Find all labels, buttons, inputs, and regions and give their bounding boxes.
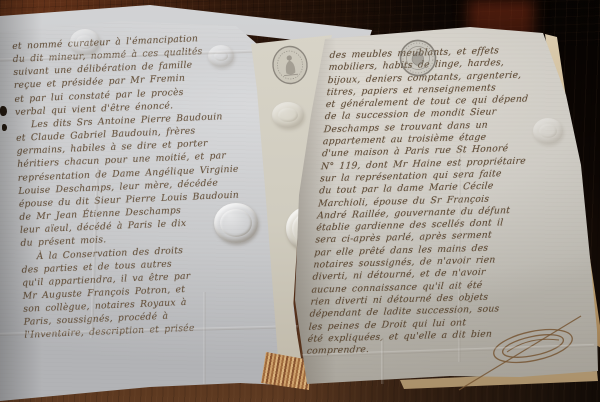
fold-crease: [203, 292, 206, 384]
fold-crease: [381, 338, 384, 384]
photo-scene: et nommé curateur à l'émancipationdu dit…: [0, 0, 600, 402]
embossed-seal-icon: [533, 118, 563, 144]
embossed-seal-icon: [70, 29, 100, 55]
oval-stamp-icon: [269, 43, 311, 87]
notary-paraph-icon: [455, 308, 600, 394]
fold-crease: [458, 150, 461, 362]
embossed-seal-icon: [214, 203, 258, 243]
ink-blot: [2, 124, 7, 131]
embossed-seal-icon: [272, 102, 304, 128]
embossed-seal-icon: [208, 45, 234, 67]
ink-blot: [0, 106, 7, 116]
round-stamp-icon: [395, 34, 440, 81]
